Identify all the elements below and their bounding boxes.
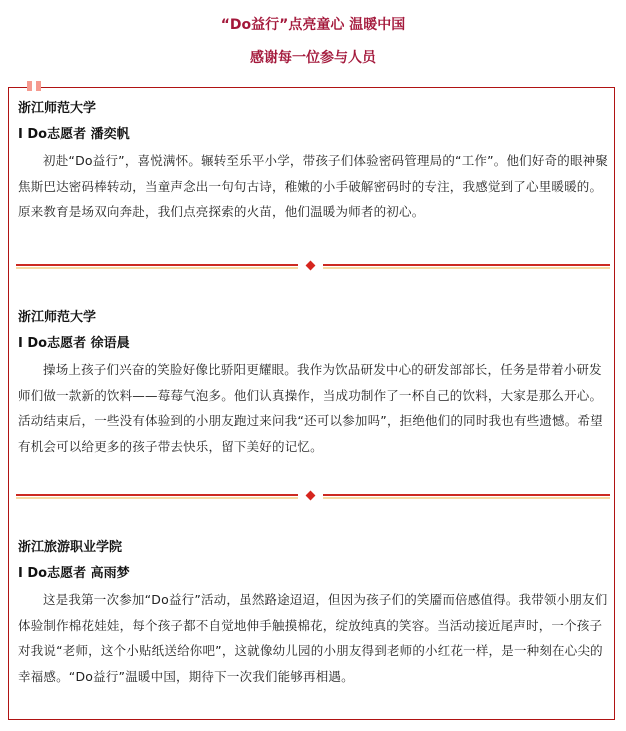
volunteer-name: I Do志愿者 徐语晨 — [18, 334, 612, 354]
section-divider — [16, 260, 610, 272]
volunteer-name: I Do志愿者 潘奕帆 — [18, 125, 612, 145]
diamond-icon — [306, 491, 316, 501]
page-title: “Do益行”点亮童心 温暖中国 — [0, 14, 626, 34]
volunteer-name: I Do志愿者 高雨梦 — [18, 564, 612, 584]
page-subtitle: 感谢每一位参与人员 — [0, 47, 626, 67]
diamond-icon — [306, 261, 316, 271]
testimonial-text: 这是我第一次参加“Do益行”活动，虽然路途迢迢，但因为孩子们的笑靥而倍感值得。我… — [18, 587, 612, 689]
testimonial-text: 操场上孩子们兴奋的笑脸好像比骄阳更耀眼。我作为饮品研发中心的研发部部长，任务是带… — [18, 357, 612, 459]
organization-name: 浙江师范大学 — [18, 308, 612, 328]
organization-name: 浙江师范大学 — [18, 99, 612, 119]
testimonial-3: 浙江旅游职业学院 I Do志愿者 高雨梦 这是我第一次参加“Do益行”活动，虽然… — [18, 538, 612, 689]
testimonial-1: 浙江师范大学 I Do志愿者 潘奕帆 初赴“Do益行”，喜悦满怀。辗转至乐平小学… — [18, 99, 612, 225]
section-divider — [16, 490, 610, 502]
frame-tab-decoration-icon — [27, 81, 41, 91]
testimonial-2: 浙江师范大学 I Do志愿者 徐语晨 操场上孩子们兴奋的笑脸好像比骄阳更耀眼。我… — [18, 308, 612, 459]
organization-name: 浙江旅游职业学院 — [18, 538, 612, 558]
testimonial-text: 初赴“Do益行”，喜悦满怀。辗转至乐平小学，带孩子们体验密码管理局的“工作”。他… — [18, 148, 612, 225]
